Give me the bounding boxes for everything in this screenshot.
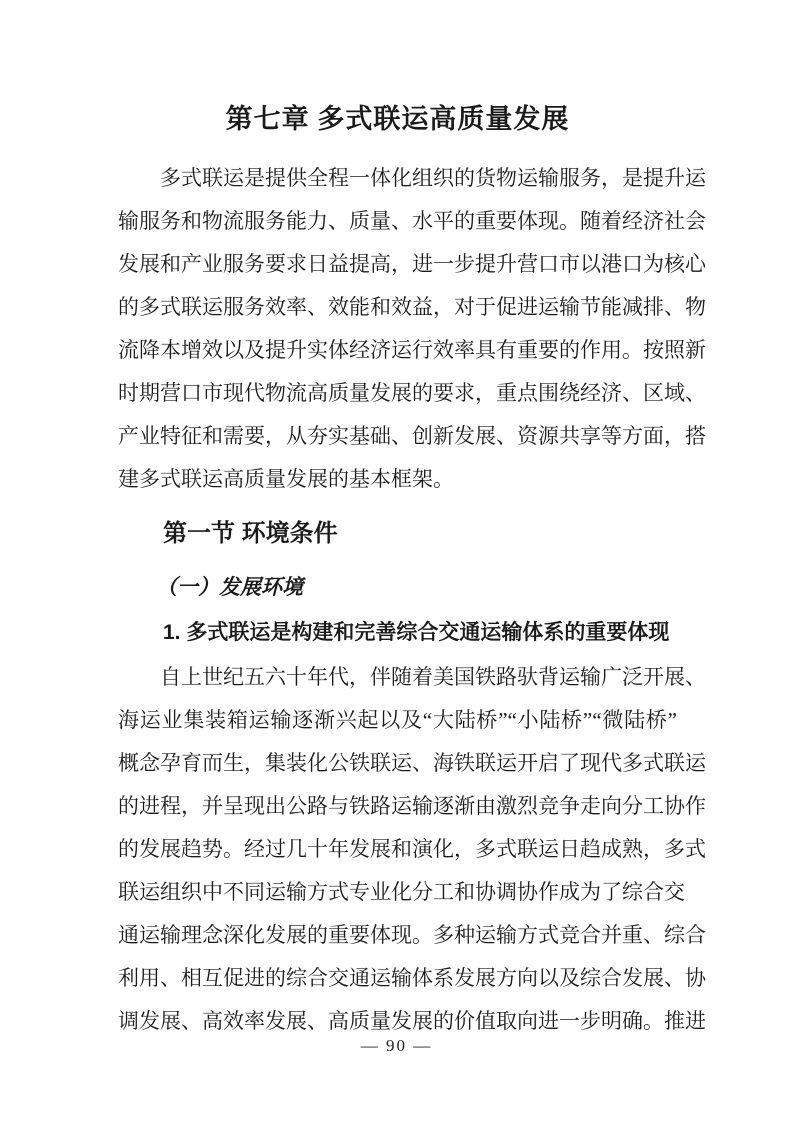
text-line: 利用、相互促进的综合交通运输体系发展方向以及综合发展、协: [118, 957, 677, 1000]
subsection-heading: （一）发展环境: [156, 571, 677, 603]
text-line: 流降本增效以及提升实体经济运行效率具有重要的作用。按照新: [118, 329, 677, 372]
page-number: — 90 —: [0, 1036, 793, 1056]
text-line: 联运组织中不同运输方式专业化分工和协调协作成为了综合交: [118, 871, 677, 914]
text-line: 的发展趋势。经过几十年发展和演化，多式联运日趋成熟，多式: [118, 828, 677, 871]
text-line: 概念孕育而生，集装化公铁联运、海铁联运开启了现代多式联运: [118, 742, 677, 785]
text-line: 通运输理念深化发展的重要体现。多种运输方式竞合并重、综合: [118, 914, 677, 957]
text-line: 的进程，并呈现出公路与铁路运输逐渐由激烈竞争走向分工协作: [118, 785, 677, 828]
text-line: 的多式联运服务效率、效能和效益，对于促进运输节能减排、物: [118, 286, 677, 329]
document-page: 第七章 多式联运高质量发展 多式联运是提供全程一体化组织的货物运输服务，是提升运…: [0, 0, 793, 1122]
text-line: 时期营口市现代物流高质量发展的要求，重点围绕经济、区域、: [118, 372, 677, 415]
text-line: 多式联运是提供全程一体化组织的货物运输服务，是提升运: [118, 157, 677, 200]
point-heading: 1. 多式联运是构建和完善综合交通运输体系的重要体现: [163, 617, 677, 649]
text-line: 产业特征和需要，从夯实基础、创新发展、资源共享等方面，搭: [118, 415, 677, 458]
text-line: 发展和产业服务要求日益提高，进一步提升营口市以港口为核心: [118, 243, 677, 286]
text-line: 自上世纪五六十年代，伴随着美国铁路驮背运输广泛开展、: [118, 656, 677, 699]
text-line: 输服务和物流服务能力、质量、水平的重要体现。随着经济社会: [118, 200, 677, 243]
page-content: 第七章 多式联运高质量发展 多式联运是提供全程一体化组织的货物运输服务，是提升运…: [118, 0, 677, 1043]
text-line: 海运业集装箱运输逐渐兴起以及“大陆桥”“小陆桥”“微陆桥”: [118, 699, 677, 742]
section-heading: 第一节 环境条件: [163, 517, 677, 551]
body-paragraph: 自上世纪五六十年代，伴随着美国铁路驮背运输广泛开展、海运业集装箱运输逐渐兴起以及…: [118, 656, 677, 1043]
text-line: 建多式联运高质量发展的基本框架。: [118, 458, 677, 501]
chapter-title: 第七章 多式联运高质量发展: [118, 99, 677, 139]
intro-paragraph: 多式联运是提供全程一体化组织的货物运输服务，是提升运输服务和物流服务能力、质量、…: [118, 157, 677, 501]
